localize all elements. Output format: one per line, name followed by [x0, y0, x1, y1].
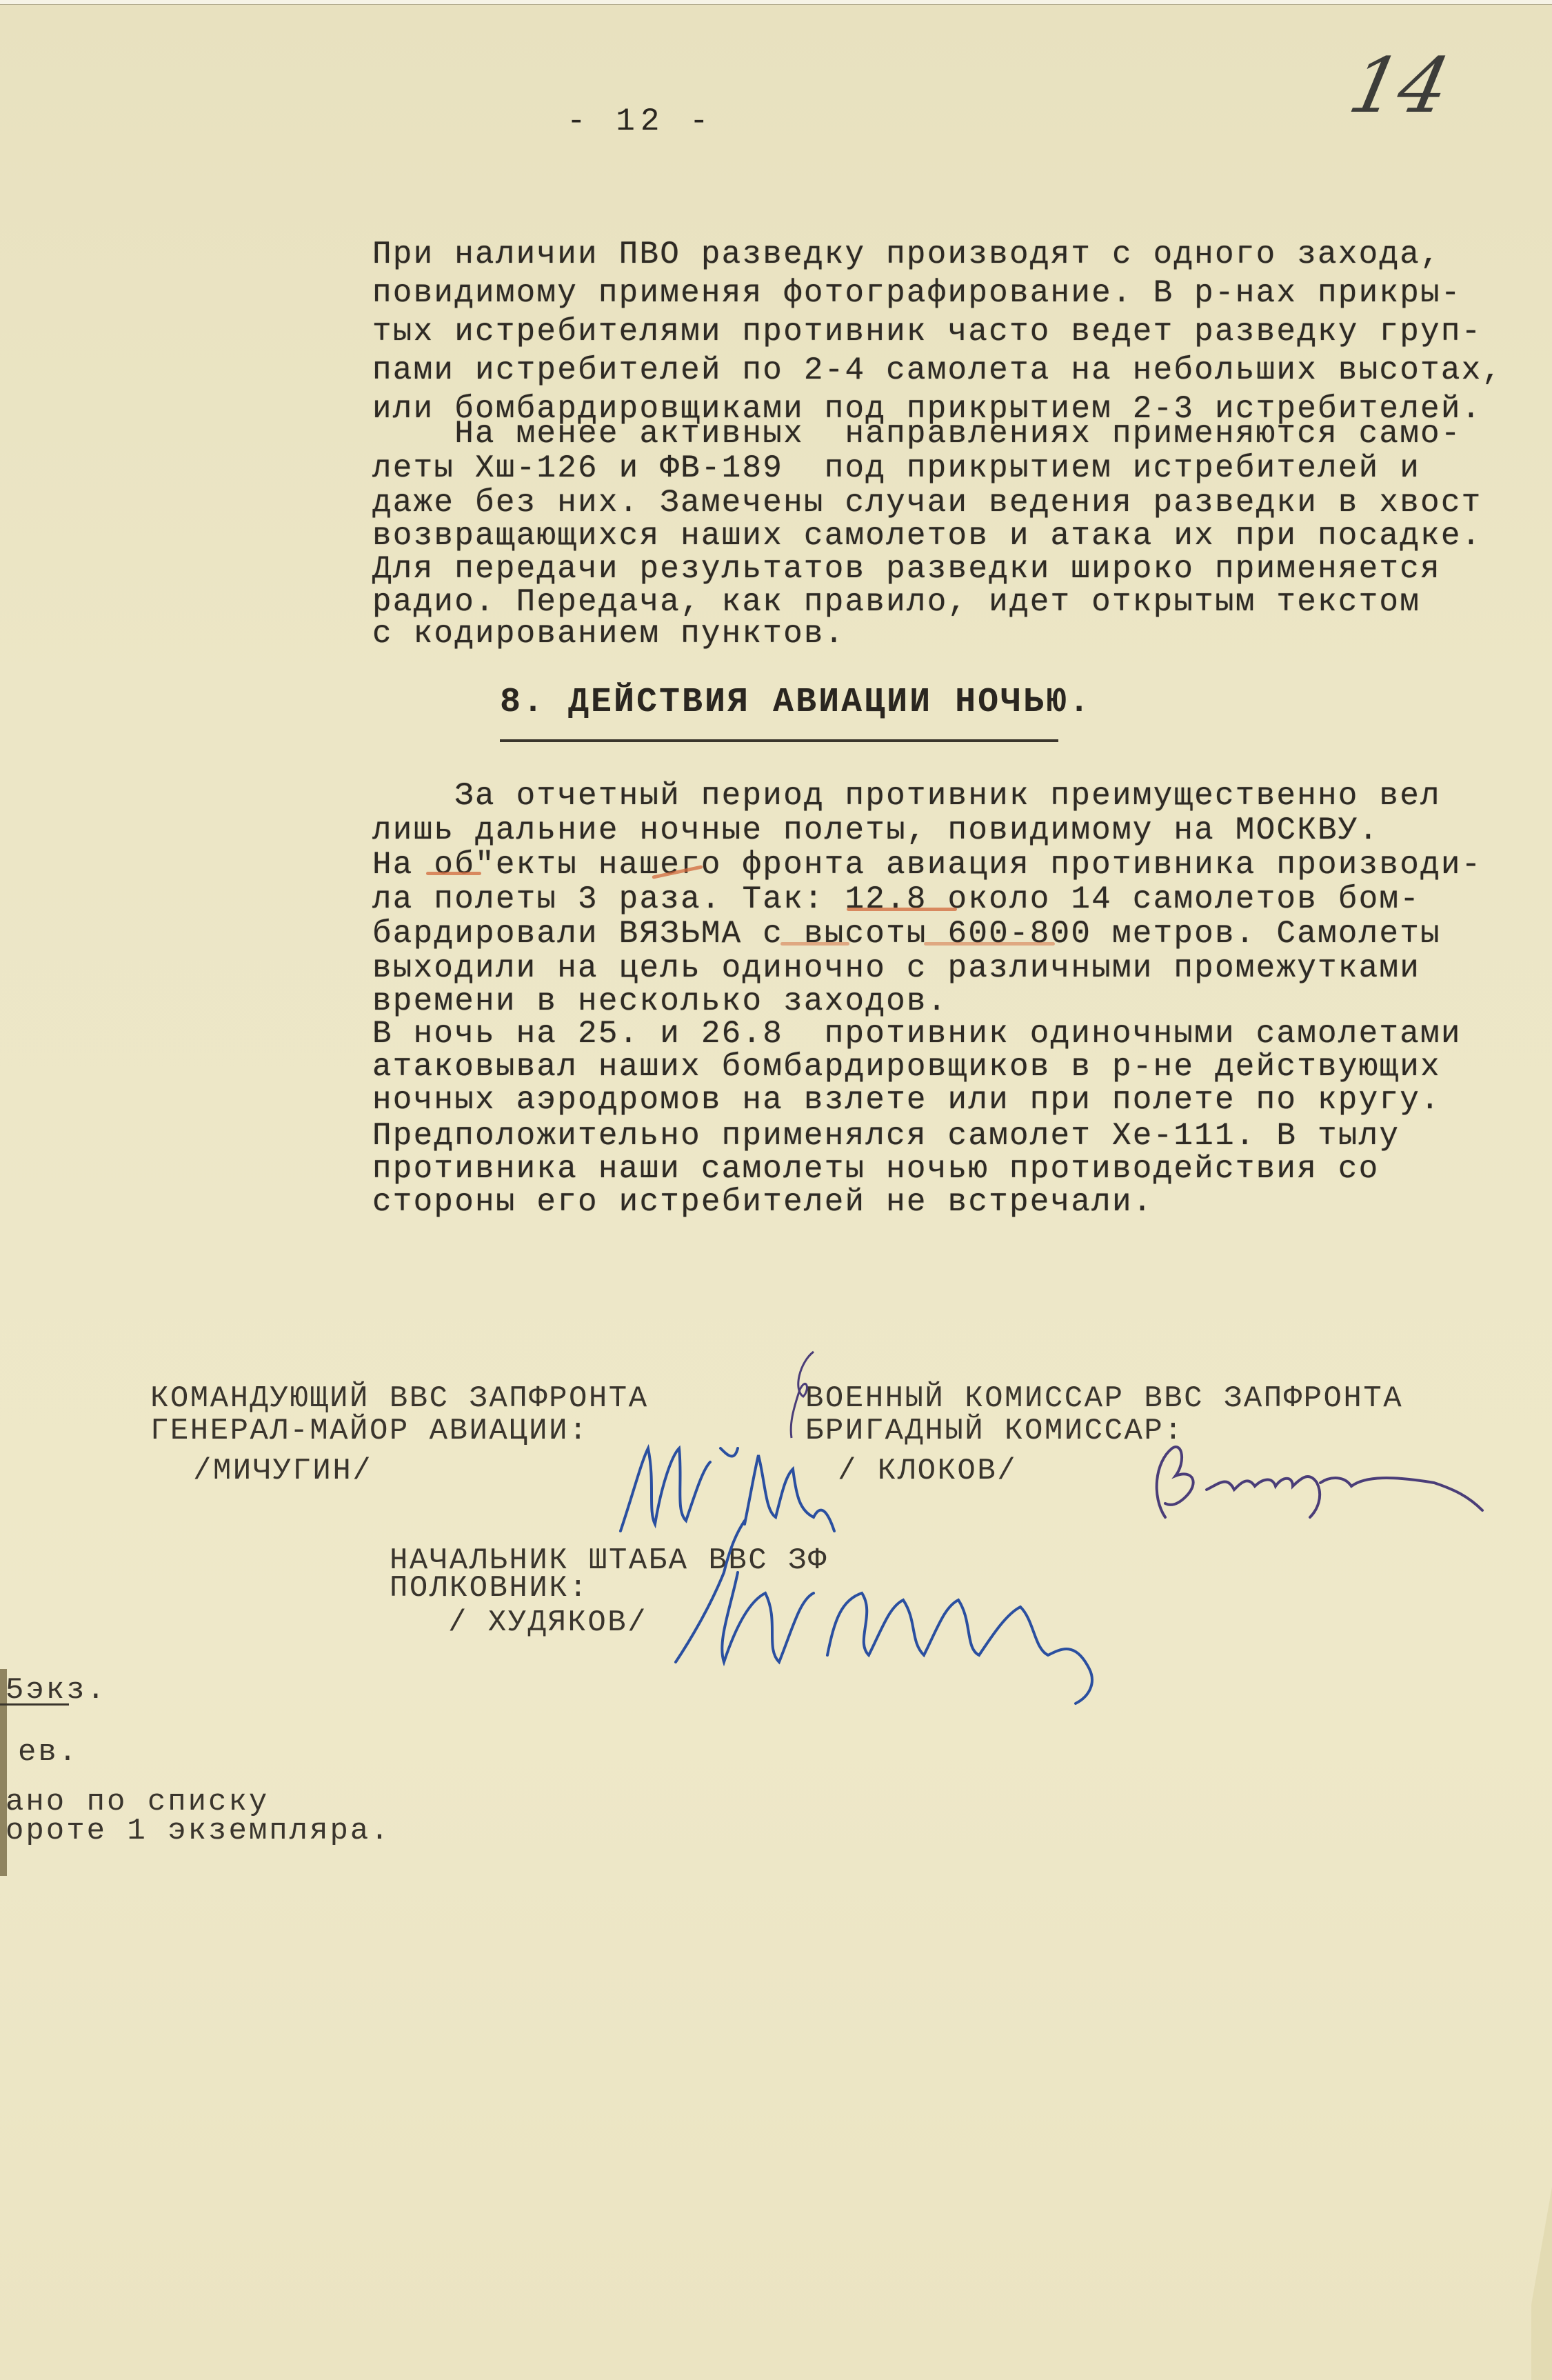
text-line: стороны его истребителей не встречали.: [372, 1182, 1153, 1222]
red-pencil-underline: [847, 908, 957, 911]
text-line: тых истребителями противник часто ведет …: [372, 312, 1482, 352]
page-number: - 12 -: [567, 103, 714, 139]
signatory-rank: ПОЛКОВНИК:: [390, 1572, 589, 1604]
typist-initials: ев.: [18, 1738, 79, 1767]
handwritten-signature-klokov: [1145, 1434, 1503, 1524]
handwritten-mark: [786, 1348, 827, 1445]
distribution-line: ороте 1 экземпляра.: [6, 1817, 391, 1846]
signatory-rank: ГЕНЕРАЛ-МАЙОР АВИАЦИИ:: [150, 1415, 589, 1447]
red-pencil-underline: [780, 942, 849, 946]
section-heading: 8. ДЕЙСТВИЯ АВИАЦИИ НОЧЬЮ.: [500, 683, 1091, 722]
red-pencil-underline: [924, 942, 1055, 946]
text-line: пами истребителей по 2-4 самолета на неб…: [372, 350, 1502, 390]
distribution-line: ано по списку: [6, 1788, 269, 1817]
text-line: с кодированием пунктов.: [372, 614, 845, 654]
handwritten-signature-khudyakov: [662, 1517, 1145, 1710]
text-line: При наличии ПВО разведку производят с од…: [372, 234, 1441, 274]
text-line: ночных аэродромов на взлете или при поле…: [372, 1080, 1441, 1120]
signatory-name: /МИЧУГИН/: [193, 1455, 372, 1487]
copies-underline: [0, 1703, 69, 1706]
signatory-name: / ХУДЯКОВ/: [448, 1607, 647, 1639]
text-line: повидимому применяя фотографирование. В …: [372, 273, 1462, 313]
folio-number-handwritten: 14: [1342, 41, 1457, 130]
red-pencil-mark: [426, 872, 481, 875]
heading-underline: [500, 739, 1058, 742]
copies-count: 5экз.: [6, 1676, 107, 1705]
signatory-title: КОМАНДУЮЩИЙ ВВС ЗАПФРОНТА: [150, 1383, 649, 1414]
